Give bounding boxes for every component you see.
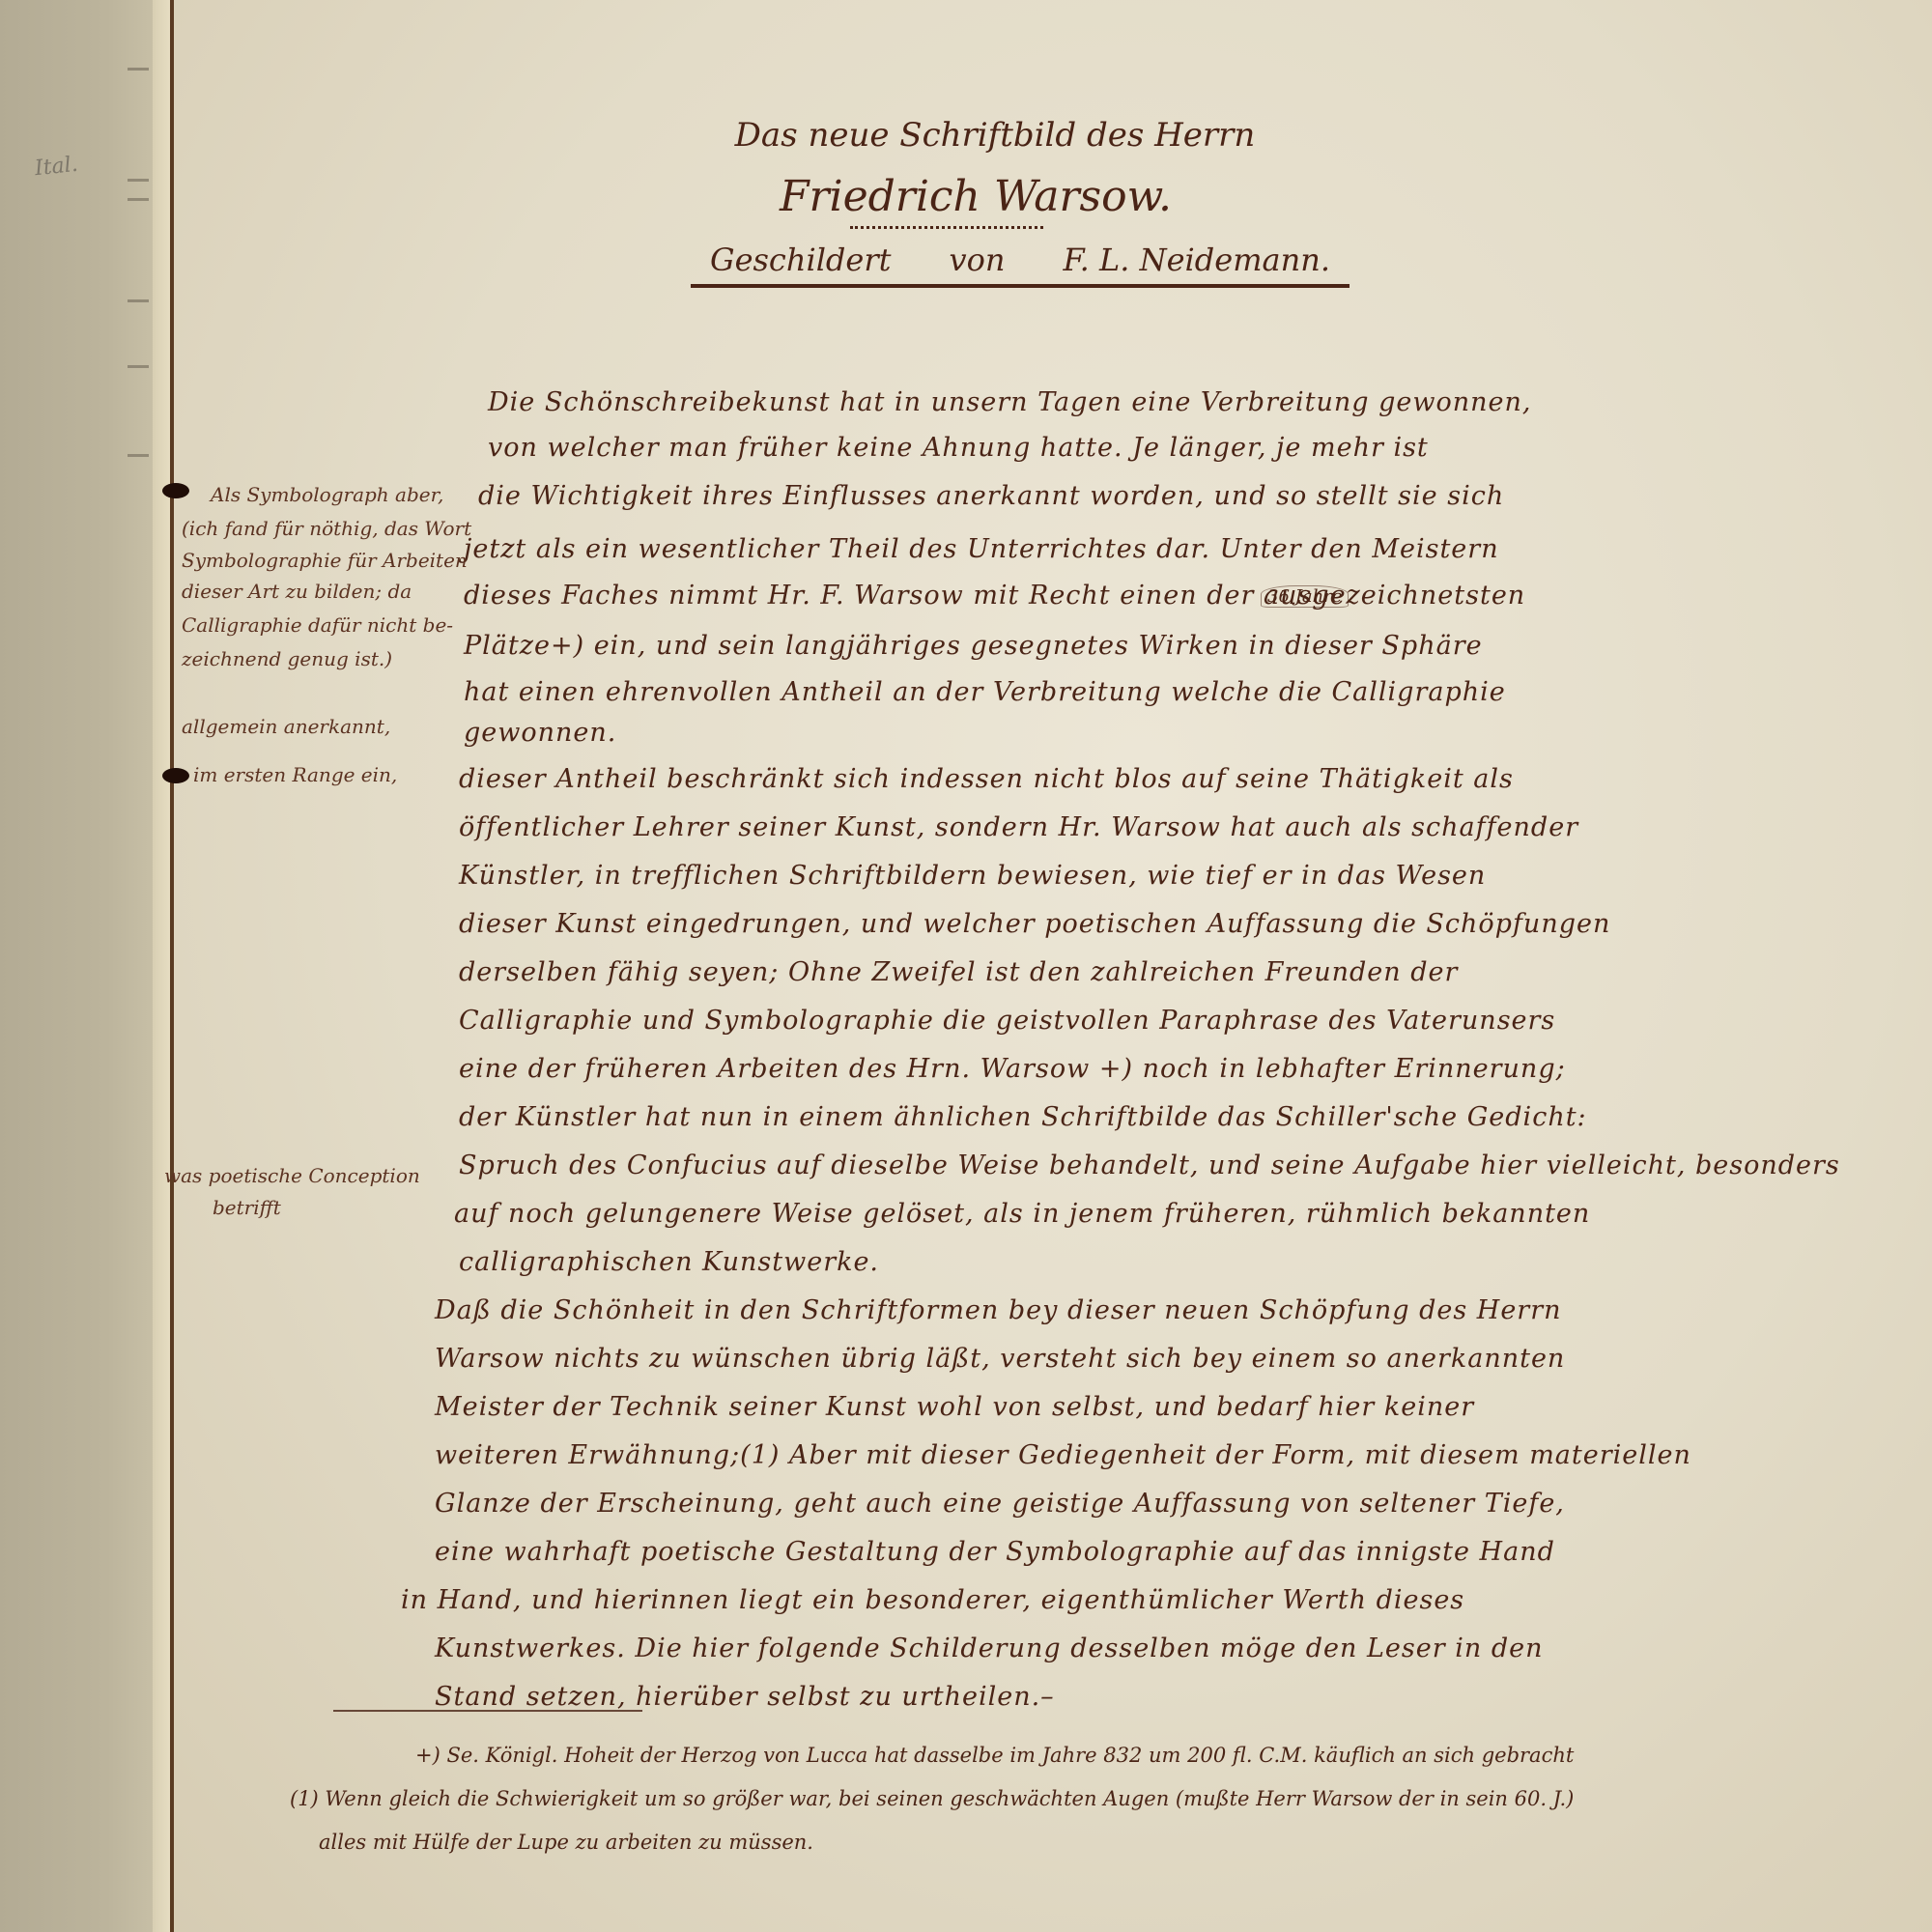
pencil-margin-note: Ital. xyxy=(34,153,79,182)
body-line: calligraphischen Kunstwerke. xyxy=(459,1249,879,1275)
body-line: auf noch gelungenere Weise gelöset, als … xyxy=(454,1201,1590,1227)
title-byline: GeschildertvonF. L. Neidemann. xyxy=(691,241,1350,288)
body-line: Künstler, in trefflichen Schriftbildern … xyxy=(459,863,1486,889)
body-line: Die Schönschreibekunst hat in unsern Tag… xyxy=(488,389,1531,415)
body-line: die Wichtigkeit ihres Einflusses anerkan… xyxy=(478,483,1504,509)
body-line: derselben fähig seyen; Ohne Zweifel ist … xyxy=(459,959,1458,985)
body-line: öffentlicher Lehrer seiner Kunst, sonder… xyxy=(459,814,1578,840)
margin-note-line: (ich fand für nöthig, das Wort xyxy=(182,517,471,540)
ink-blot xyxy=(162,768,189,783)
margin-note-line: Als Symbolograph aber, xyxy=(211,483,443,506)
margin-note-line: dieser Art zu bilden; da xyxy=(182,580,412,603)
body-line: Spruch des Confucius auf dieselbe Weise … xyxy=(459,1152,1840,1179)
footnote: alles mit Hülfe der Lupe zu arbeiten zu … xyxy=(319,1831,813,1854)
title-line-1: Das neue Schriftbild des Herrn xyxy=(116,116,1874,155)
body-line: von welcher man früher keine Ahnung hatt… xyxy=(488,435,1429,461)
byline-author: F. L. Neidemann. xyxy=(1063,241,1330,278)
body-line: Stand setzen, hierüber selbst zu urtheil… xyxy=(435,1684,1055,1710)
left-facing-leaf: Ital. xyxy=(0,0,153,1932)
body-line: Glanze der Erscheinung, geht auch eine g… xyxy=(435,1491,1565,1517)
body-line: gewonnen. xyxy=(464,720,616,746)
body-line: Meister der Technik seiner Kunst wohl vo… xyxy=(435,1394,1474,1420)
margin-note-line: was poetische Conception xyxy=(164,1164,420,1187)
body-line: der Künstler hat nun in einem ähnlichen … xyxy=(459,1104,1587,1130)
body-line: in Hand, und hierinnen liegt ein besonde… xyxy=(401,1587,1464,1613)
margin-note-line: im ersten Range ein, xyxy=(193,763,397,786)
body-line: Calligraphie und Symbolographie die geis… xyxy=(459,1008,1555,1034)
inserted-note: 36 Jahre xyxy=(1261,585,1349,608)
body-line: Warsow nichts zu wünschen übrig läßt, ve… xyxy=(435,1346,1565,1372)
margin-note-line: Calligraphie dafür nicht be- xyxy=(182,613,453,637)
title-flourish xyxy=(850,218,1043,229)
body-line: jetzt als ein wesentlicher Theil des Unt… xyxy=(464,536,1499,562)
body-line: eine wahrhaft poetische Gestaltung der S… xyxy=(435,1539,1555,1565)
manuscript-page: Das neue Schriftbild des Herrn Friedrich… xyxy=(174,0,1932,1932)
body-line: dieses Faches nimmt Hr. F. Warsow mit Re… xyxy=(464,582,1525,609)
body-line: Daß die Schönheit in den Schriftformen b… xyxy=(435,1297,1562,1323)
byline-prefix: Geschildert xyxy=(710,241,892,278)
footnote: +) Se. Königl. Hoheit der Herzog von Luc… xyxy=(415,1744,1574,1767)
body-line: weiteren Erwähnung;(1) Aber mit dieser G… xyxy=(435,1442,1691,1468)
body-line: eine der früheren Arbeiten des Hrn. Wars… xyxy=(459,1056,1566,1082)
margin-note-line: zeichnend genug ist.) xyxy=(182,647,392,670)
margin-note-line: Symbolographie für Arbeiten xyxy=(182,549,468,572)
ink-blot xyxy=(162,483,189,498)
margin-note-line: betrifft xyxy=(213,1196,281,1219)
byline-von: von xyxy=(950,241,1006,278)
body-line: dieser Antheil beschränkt sich indessen … xyxy=(459,766,1514,792)
body-line: Kunstwerkes. Die hier folgende Schilderu… xyxy=(435,1635,1543,1662)
page-spine-edge xyxy=(153,0,176,1932)
body-line: Plätze+) ein, und sein langjähriges gese… xyxy=(464,633,1483,659)
margin-note-line: allgemein anerkannt, xyxy=(182,715,390,738)
body-line: hat einen ehrenvollen Antheil an der Ver… xyxy=(464,679,1506,705)
footnote-rule xyxy=(333,1710,642,1712)
body-line: dieser Kunst eingedrungen, und welcher p… xyxy=(459,911,1610,937)
footnote: (1) Wenn gleich die Schwierigkeit um so … xyxy=(290,1787,1574,1810)
title-name: Friedrich Warsow. xyxy=(97,172,1855,221)
